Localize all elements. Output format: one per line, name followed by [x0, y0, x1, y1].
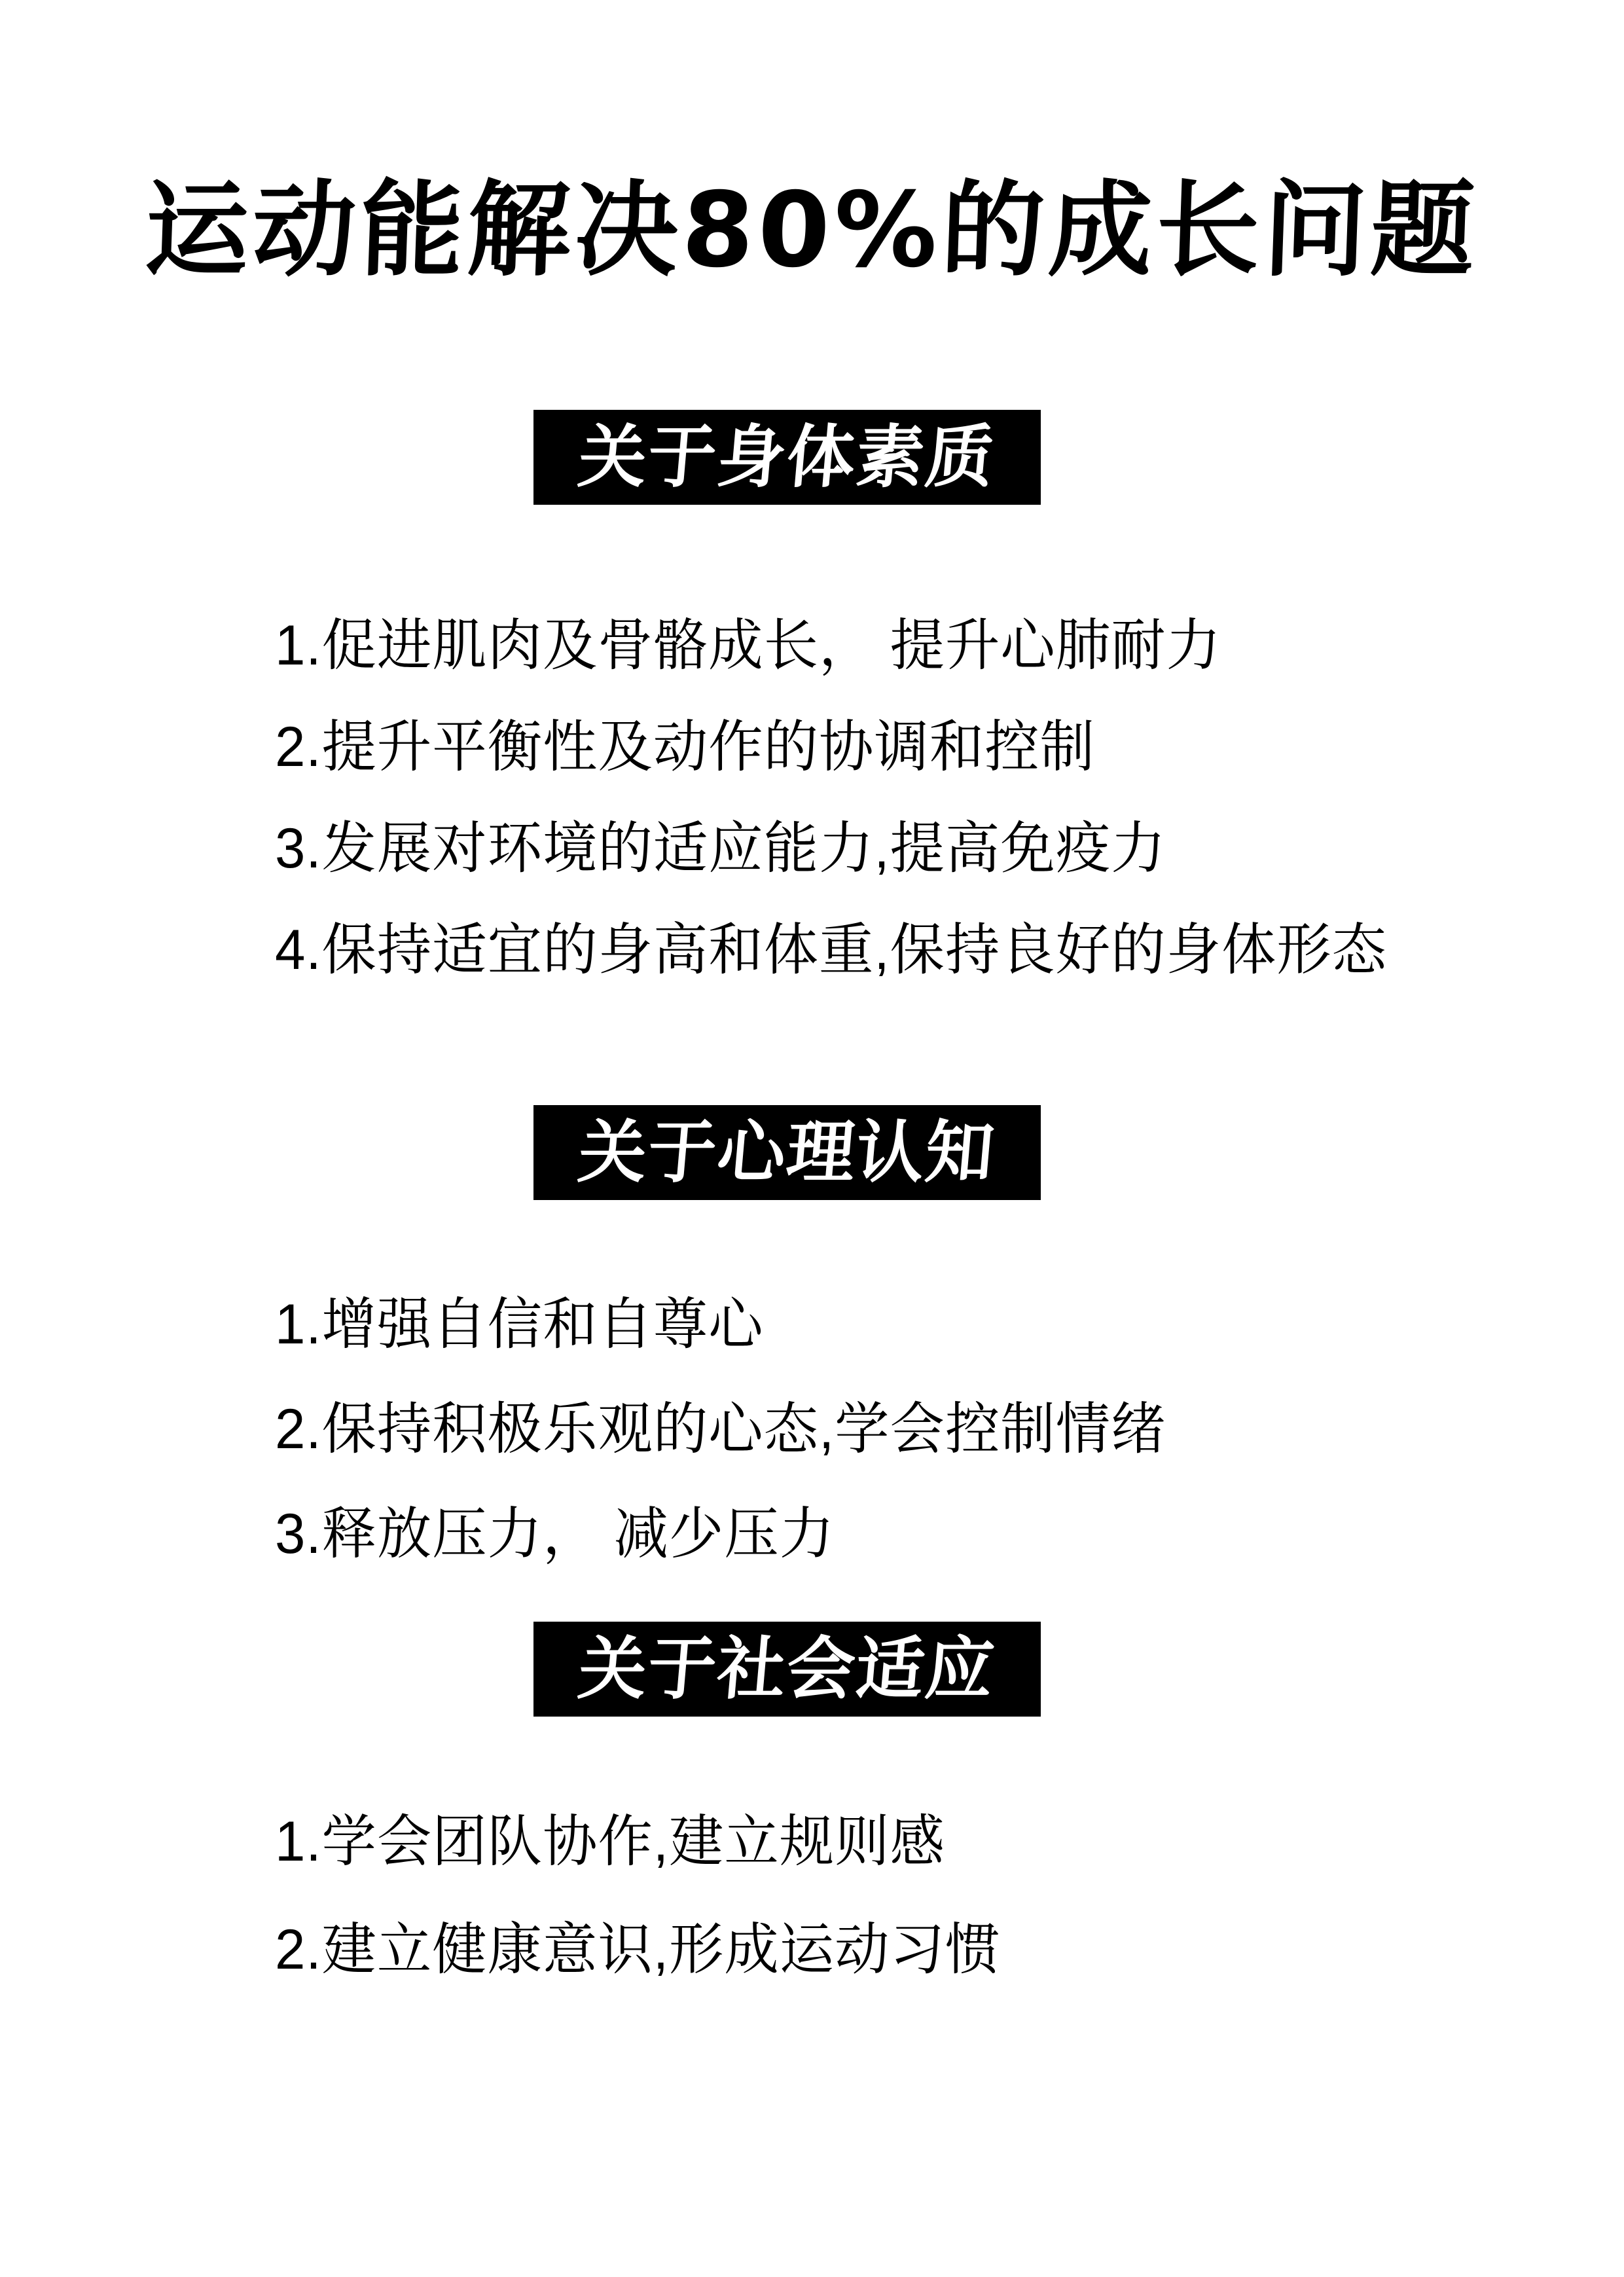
- physical-fitness-item-4: 4.保持适宜的身高和体重,保持良好的身体形态: [275, 922, 1387, 978]
- social-adaptation-item-1: 1.学会团队协作,建立规则感: [275, 1813, 945, 1870]
- physical-fitness-item-2: 2.提升平衡性及动作的协调和控制: [275, 719, 1095, 775]
- poster-page: 运动能解决80%的成长问题 关于身体素质 1.促进肌肉及骨骼成长， 提升心肺耐力…: [0, 0, 1624, 2277]
- psychological-cognition-item-2: 2.保持积极乐观的心态,学会控制情绪: [275, 1401, 1166, 1457]
- physical-fitness-item-3: 3.发展对环境的适应能力,提高免疫力: [275, 820, 1166, 877]
- physical-fitness-item-1: 1.促进肌肉及骨骼成长， 提升心肺耐力: [275, 617, 1221, 674]
- psychological-cognition-item-1: 1.增强自信和自尊心: [275, 1296, 764, 1353]
- section-header-psychological-cognition-label: 关于心理认知: [576, 1119, 998, 1187]
- section-header-physical-fitness-label: 关于身体素质: [576, 424, 998, 492]
- section-header-physical-fitness: 关于身体素质: [533, 410, 1041, 505]
- section-header-social-adaptation: 关于社会适应: [533, 1622, 1041, 1717]
- section-header-social-adaptation-label: 关于社会适应: [576, 1635, 998, 1703]
- psychological-cognition-item-3: 3.释放压力， 减少压力: [275, 1506, 835, 1562]
- section-header-psychological-cognition: 关于心理认知: [533, 1105, 1041, 1200]
- social-adaptation-item-2: 2.建立健康意识,形成运动习惯: [275, 1922, 1000, 1978]
- poster-title: 运动能解决80%的成长问题: [0, 147, 1624, 296]
